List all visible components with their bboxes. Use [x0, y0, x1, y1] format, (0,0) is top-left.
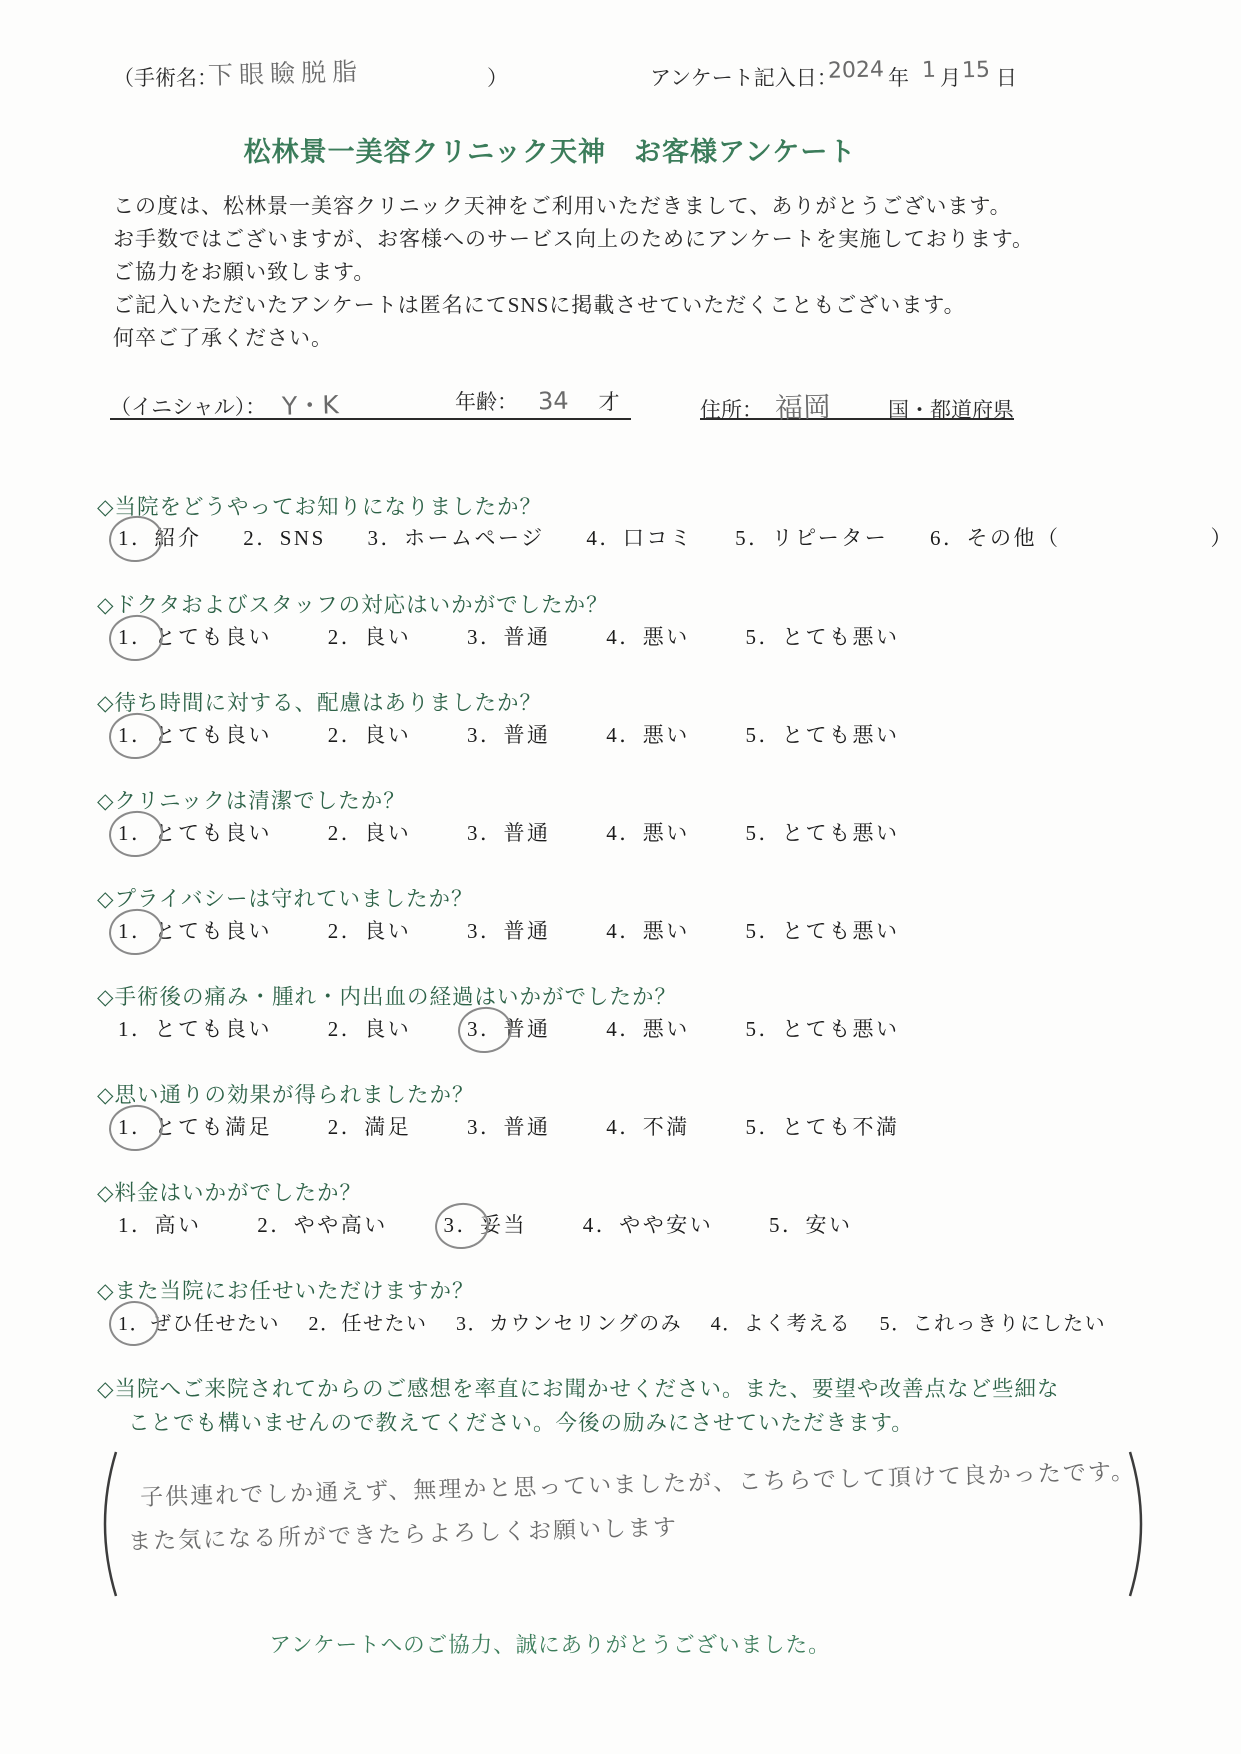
option-number: 2． — [328, 1111, 365, 1141]
option-number: 4． — [606, 621, 643, 651]
question-3-options: 1．とても良い 2．良い 3．普通 4．悪い 5．とても悪い — [118, 719, 948, 749]
option-label: 良い — [364, 625, 411, 649]
option-label: とても良い — [155, 723, 273, 747]
option-number-circled: 1． — [118, 1111, 155, 1141]
option: 1．とても良い — [118, 723, 272, 747]
question-7-title: ◇思い通りの効果が得られましたか？ — [97, 1078, 475, 1109]
option-number-circled: 1． — [118, 915, 155, 945]
question-7-options: 1．とても満足 2．満足 3．普通 4．不満 5．とても不満 — [118, 1111, 948, 1141]
option-number: 4． — [606, 1111, 643, 1141]
option-number: 3． — [456, 1307, 489, 1336]
surgery-name-close-paren: ） — [487, 62, 508, 92]
option-label: とても悪い — [782, 821, 900, 845]
option: 2．SNS — [243, 526, 326, 550]
initials-value: Y・K — [282, 385, 340, 422]
option: 4．口コミ — [586, 526, 693, 550]
surgery-name-label: （手術名： — [113, 62, 218, 92]
option-number: 2． — [328, 817, 365, 847]
option: 4．悪い — [606, 1017, 690, 1041]
option-label: 任せたい — [342, 1313, 428, 1335]
question-5-options: 1．とても良い 2．良い 3．普通 4．悪い 5．とても悪い — [118, 915, 948, 945]
option-number: 5． — [746, 1013, 783, 1043]
address-field: 住所： 福岡 国・都道府県 — [700, 386, 1014, 420]
option-number: 4． — [606, 1013, 643, 1043]
address-value: 福岡 — [774, 385, 831, 426]
survey-date-label: アンケート記入日： — [650, 62, 838, 92]
question-9-options: 1．ぜひ任せたい 2．任せたい 3．カウンセリングのみ 4．よく考える 5．これ… — [118, 1307, 1128, 1336]
option-number: 2． — [257, 1209, 294, 1239]
option-label: リピーター — [772, 526, 889, 550]
option-label: 満足 — [364, 1115, 411, 1139]
question-8-title: ◇料金はいかがでしたか？ — [97, 1176, 362, 1207]
option-label: SNS — [280, 526, 326, 550]
option: 1．高い — [118, 1213, 202, 1237]
option-label: とても良い — [155, 625, 273, 649]
option-label: とても良い — [155, 1017, 273, 1041]
question-5-title: ◇プライバシーは守れていましたか？ — [97, 882, 473, 913]
intro-line: お手数ではございますが、お客様へのサービス向上のためにアンケートを実施しておりま… — [113, 223, 1034, 256]
comment-open-paren — [88, 1448, 124, 1600]
option: 4．不満 — [606, 1115, 690, 1139]
option: 3．普通 — [467, 723, 551, 747]
age-label: 年齢： — [455, 386, 518, 416]
option-number: 2． — [243, 522, 280, 552]
handwritten-comment-line1: 子供連れでしか通えず、無理かと思っていましたが、こちらでして頂けて良かったです。 — [140, 1453, 1137, 1512]
option: 5．安い — [769, 1213, 853, 1237]
option: 2．良い — [328, 625, 412, 649]
option-number: 4． — [606, 719, 643, 749]
option: 2．満足 — [328, 1115, 412, 1139]
address-unit: 国・都道府県 — [888, 394, 1014, 424]
option-number-circled: 3． — [444, 1209, 481, 1239]
option: 4．よく考える — [711, 1313, 852, 1335]
option: 3．普通 — [467, 1115, 551, 1139]
age-unit: 才 — [599, 386, 620, 416]
option: 5．これっきりにしたい — [880, 1313, 1107, 1335]
option-label: 悪い — [643, 1017, 690, 1041]
option-number: 5． — [746, 817, 783, 847]
question-4-title: ◇クリニックは清潔でしたか？ — [97, 784, 406, 815]
option: 5．とても悪い — [746, 723, 900, 747]
option-number: 2． — [328, 621, 365, 651]
question-9-title: ◇また当院にお任せいただけますか？ — [97, 1274, 475, 1305]
option-number: 3． — [467, 817, 504, 847]
option-label: とても良い — [155, 821, 273, 845]
option: 3．ホームページ — [368, 526, 545, 550]
option-number: 4． — [606, 817, 643, 847]
question-3-title: ◇待ち時間に対する、配慮はありましたか？ — [97, 686, 542, 717]
option: 5．とても悪い — [746, 821, 900, 845]
intro-line: ご協力をお願い致します。 — [113, 256, 1034, 289]
option-label: 口コミ — [623, 526, 694, 550]
option-number-circled: 1． — [118, 817, 155, 847]
option-label: カウンセリングのみ — [489, 1313, 682, 1335]
survey-date-year: 2024 — [828, 57, 885, 83]
option: 4．悪い — [606, 919, 690, 943]
question-1-title: ◇当院をどうやってお知りになりましたか？ — [97, 490, 542, 521]
option-number: 3． — [368, 522, 405, 552]
option-number: 1． — [118, 1209, 155, 1239]
option-number-circled: 1． — [118, 621, 155, 651]
option-label: 悪い — [643, 821, 690, 845]
option-number: 5． — [735, 522, 772, 552]
question-8-options: 1．高い 2．やや高い 3．妥当 4．やや安い 5．安い — [118, 1209, 901, 1239]
option-number-circled: 1． — [118, 1307, 151, 1336]
footer-thanks: アンケートへのご協力、誠にありがとうございました。 — [0, 1628, 1100, 1659]
option-number: 4． — [711, 1307, 744, 1336]
option-number: 6． — [930, 522, 967, 552]
question-6-options: 1．とても良い 2．良い 3．普通 4．悪い 5．とても悪い — [118, 1013, 948, 1043]
option-close-paren: ） — [1211, 526, 1235, 550]
option-number: 5． — [746, 621, 783, 651]
option-label: やや高い — [294, 1213, 388, 1237]
option-number: 3． — [467, 1111, 504, 1141]
feedback-prompt-line2: ことでも構いませんので教えてください。今後の励みにさせていただきます。 — [128, 1406, 914, 1437]
option-label: 良い — [364, 919, 411, 943]
option-label: ぜひ任せたい — [151, 1313, 280, 1335]
option: 2．任せたい — [309, 1313, 428, 1335]
option-label: 良い — [364, 821, 411, 845]
option: 5．とても悪い — [746, 625, 900, 649]
option-label: とても良い — [155, 919, 273, 943]
initials-label: （イニシャル）： — [110, 391, 266, 421]
page-title: 松林景一美容クリニック天神 お客様アンケート — [0, 130, 1100, 169]
option: 3．普通 — [467, 919, 551, 943]
option-label: 不満 — [643, 1115, 690, 1139]
intro-paragraph: この度は、松林景一美容クリニック天神をご利用いただきまして、ありがとうございます… — [113, 190, 1034, 355]
address-label: 住所： — [700, 394, 763, 424]
question-1-options: 1．紹介 2．SNS 3．ホームページ 4．口コミ 5．リピーター 6．その他（… — [118, 522, 1241, 552]
option-number: 4． — [586, 522, 623, 552]
option: 1．ぜひ任せたい — [118, 1313, 280, 1335]
option-number-circled: 1． — [118, 719, 155, 749]
option: 4．悪い — [606, 625, 690, 649]
option-label: とても悪い — [782, 723, 900, 747]
option-number: 5． — [746, 915, 783, 945]
intro-line: ご記入いただいたアンケートは匿名にてSNSに掲載させていただくこともございます。 — [113, 289, 1034, 322]
option-label: 安い — [806, 1213, 853, 1237]
handwritten-comment-line2: また気になる所ができたらよろしくお願いします — [128, 1509, 679, 1556]
surgery-name-value: 下眼瞼脱脂 — [208, 52, 364, 92]
question-6-title: ◇手術後の痛み・腫れ・内出血の経過はいかがでしたか？ — [97, 980, 677, 1011]
option-label: とても悪い — [782, 919, 900, 943]
option-label: 悪い — [643, 919, 690, 943]
option-label: これっきりにしたい — [913, 1313, 1107, 1335]
option-label: 普通 — [504, 625, 551, 649]
option: 5．とても悪い — [746, 919, 900, 943]
question-4-options: 1．とても良い 2．良い 3．普通 4．悪い 5．とても悪い — [118, 817, 948, 847]
question-2-title: ◇ドクタおよびスタッフの対応はいかがでしたか？ — [97, 588, 609, 619]
option-label: とても悪い — [782, 625, 900, 649]
option-label: 普通 — [504, 821, 551, 845]
option-label: 良い — [364, 1017, 411, 1041]
option: 1．とても良い — [118, 625, 272, 649]
option: 3．普通 — [467, 625, 551, 649]
option: 2．良い — [328, 821, 412, 845]
survey-date-year-unit: 年 — [888, 62, 909, 92]
survey-date-month-unit: 月 — [940, 62, 961, 92]
option: 2．やや高い — [257, 1213, 388, 1237]
option-label: 普通 — [504, 723, 551, 747]
option: 1．とても満足 — [118, 1115, 272, 1139]
option: 4．悪い — [606, 723, 690, 747]
option: 1．紹介 — [118, 526, 202, 550]
survey-date-day: 15 — [962, 58, 991, 84]
option: 1．とても良い — [118, 1017, 272, 1041]
option: 6．その他（） — [930, 526, 1234, 550]
option: 2．良い — [328, 919, 412, 943]
option-label: やや安い — [619, 1213, 713, 1237]
survey-document-page: （手術名： 下眼瞼脱脂 ） アンケート記入日： 2024 年 1 月 15 日 … — [0, 0, 1241, 1754]
question-2-options: 1．とても良い 2．良い 3．普通 4．悪い 5．とても悪い — [118, 621, 948, 651]
option-number: 5． — [880, 1307, 913, 1336]
option: 2．良い — [328, 723, 412, 747]
option: 3．普通 — [467, 1017, 551, 1041]
option-label: ホームページ — [404, 526, 545, 550]
option-label: 高い — [155, 1213, 202, 1237]
option-number: 3． — [467, 719, 504, 749]
option-number: 5． — [769, 1209, 806, 1239]
option-label: 悪い — [643, 625, 690, 649]
option-label: 普通 — [504, 1115, 551, 1139]
option-number-circled: 1． — [118, 522, 155, 552]
survey-date-month: 1 — [922, 58, 937, 83]
option-number: 4． — [606, 915, 643, 945]
option-label: 普通 — [504, 919, 551, 943]
option-number: 2． — [328, 915, 365, 945]
option-label: その他（ — [967, 526, 1061, 550]
option-number: 4． — [583, 1209, 620, 1239]
survey-date-day-unit: 日 — [996, 62, 1017, 92]
option: 2．良い — [328, 1017, 412, 1041]
option-number: 3． — [467, 621, 504, 651]
option: 3．妥当 — [444, 1213, 528, 1237]
option: 4．悪い — [606, 821, 690, 845]
intro-line: この度は、松林景一美容クリニック天神をご利用いただきまして、ありがとうございます… — [113, 190, 1034, 223]
option-label: 悪い — [643, 723, 690, 747]
option: 4．やや安い — [583, 1213, 714, 1237]
option-label: とても満足 — [155, 1115, 273, 1139]
option: 1．とても良い — [118, 919, 272, 943]
option-number: 1． — [118, 1013, 155, 1043]
option-number: 5． — [746, 719, 783, 749]
option-number: 3． — [467, 915, 504, 945]
option: 5．とても悪い — [746, 1017, 900, 1041]
option-number: 2． — [328, 719, 365, 749]
option-number: 2． — [328, 1013, 365, 1043]
option: 5．リピーター — [735, 526, 888, 550]
feedback-prompt-line1: ◇当院へご来院されてからのご感想を率直にお聞かせください。また、要望や改善点など… — [97, 1372, 1060, 1403]
age-field: 年齢： 34 才 — [455, 386, 631, 420]
option: 3．普通 — [467, 821, 551, 845]
option-number: 2． — [309, 1307, 342, 1336]
option: 1．とても良い — [118, 821, 272, 845]
option: 3．カウンセリングのみ — [456, 1313, 682, 1335]
intro-line: 何卒ご了承ください。 — [113, 322, 1034, 355]
option-label: よく考える — [744, 1313, 852, 1335]
option-number-circled: 3． — [467, 1013, 504, 1043]
option-label: 良い — [364, 723, 411, 747]
option-label: とても不満 — [782, 1115, 900, 1139]
option-label: とても悪い — [782, 1017, 900, 1041]
age-value: 34 — [538, 387, 569, 416]
option-number: 5． — [746, 1111, 783, 1141]
initials-field: （イニシャル）： Y・K — [110, 386, 502, 420]
option: 5．とても不満 — [746, 1115, 900, 1139]
